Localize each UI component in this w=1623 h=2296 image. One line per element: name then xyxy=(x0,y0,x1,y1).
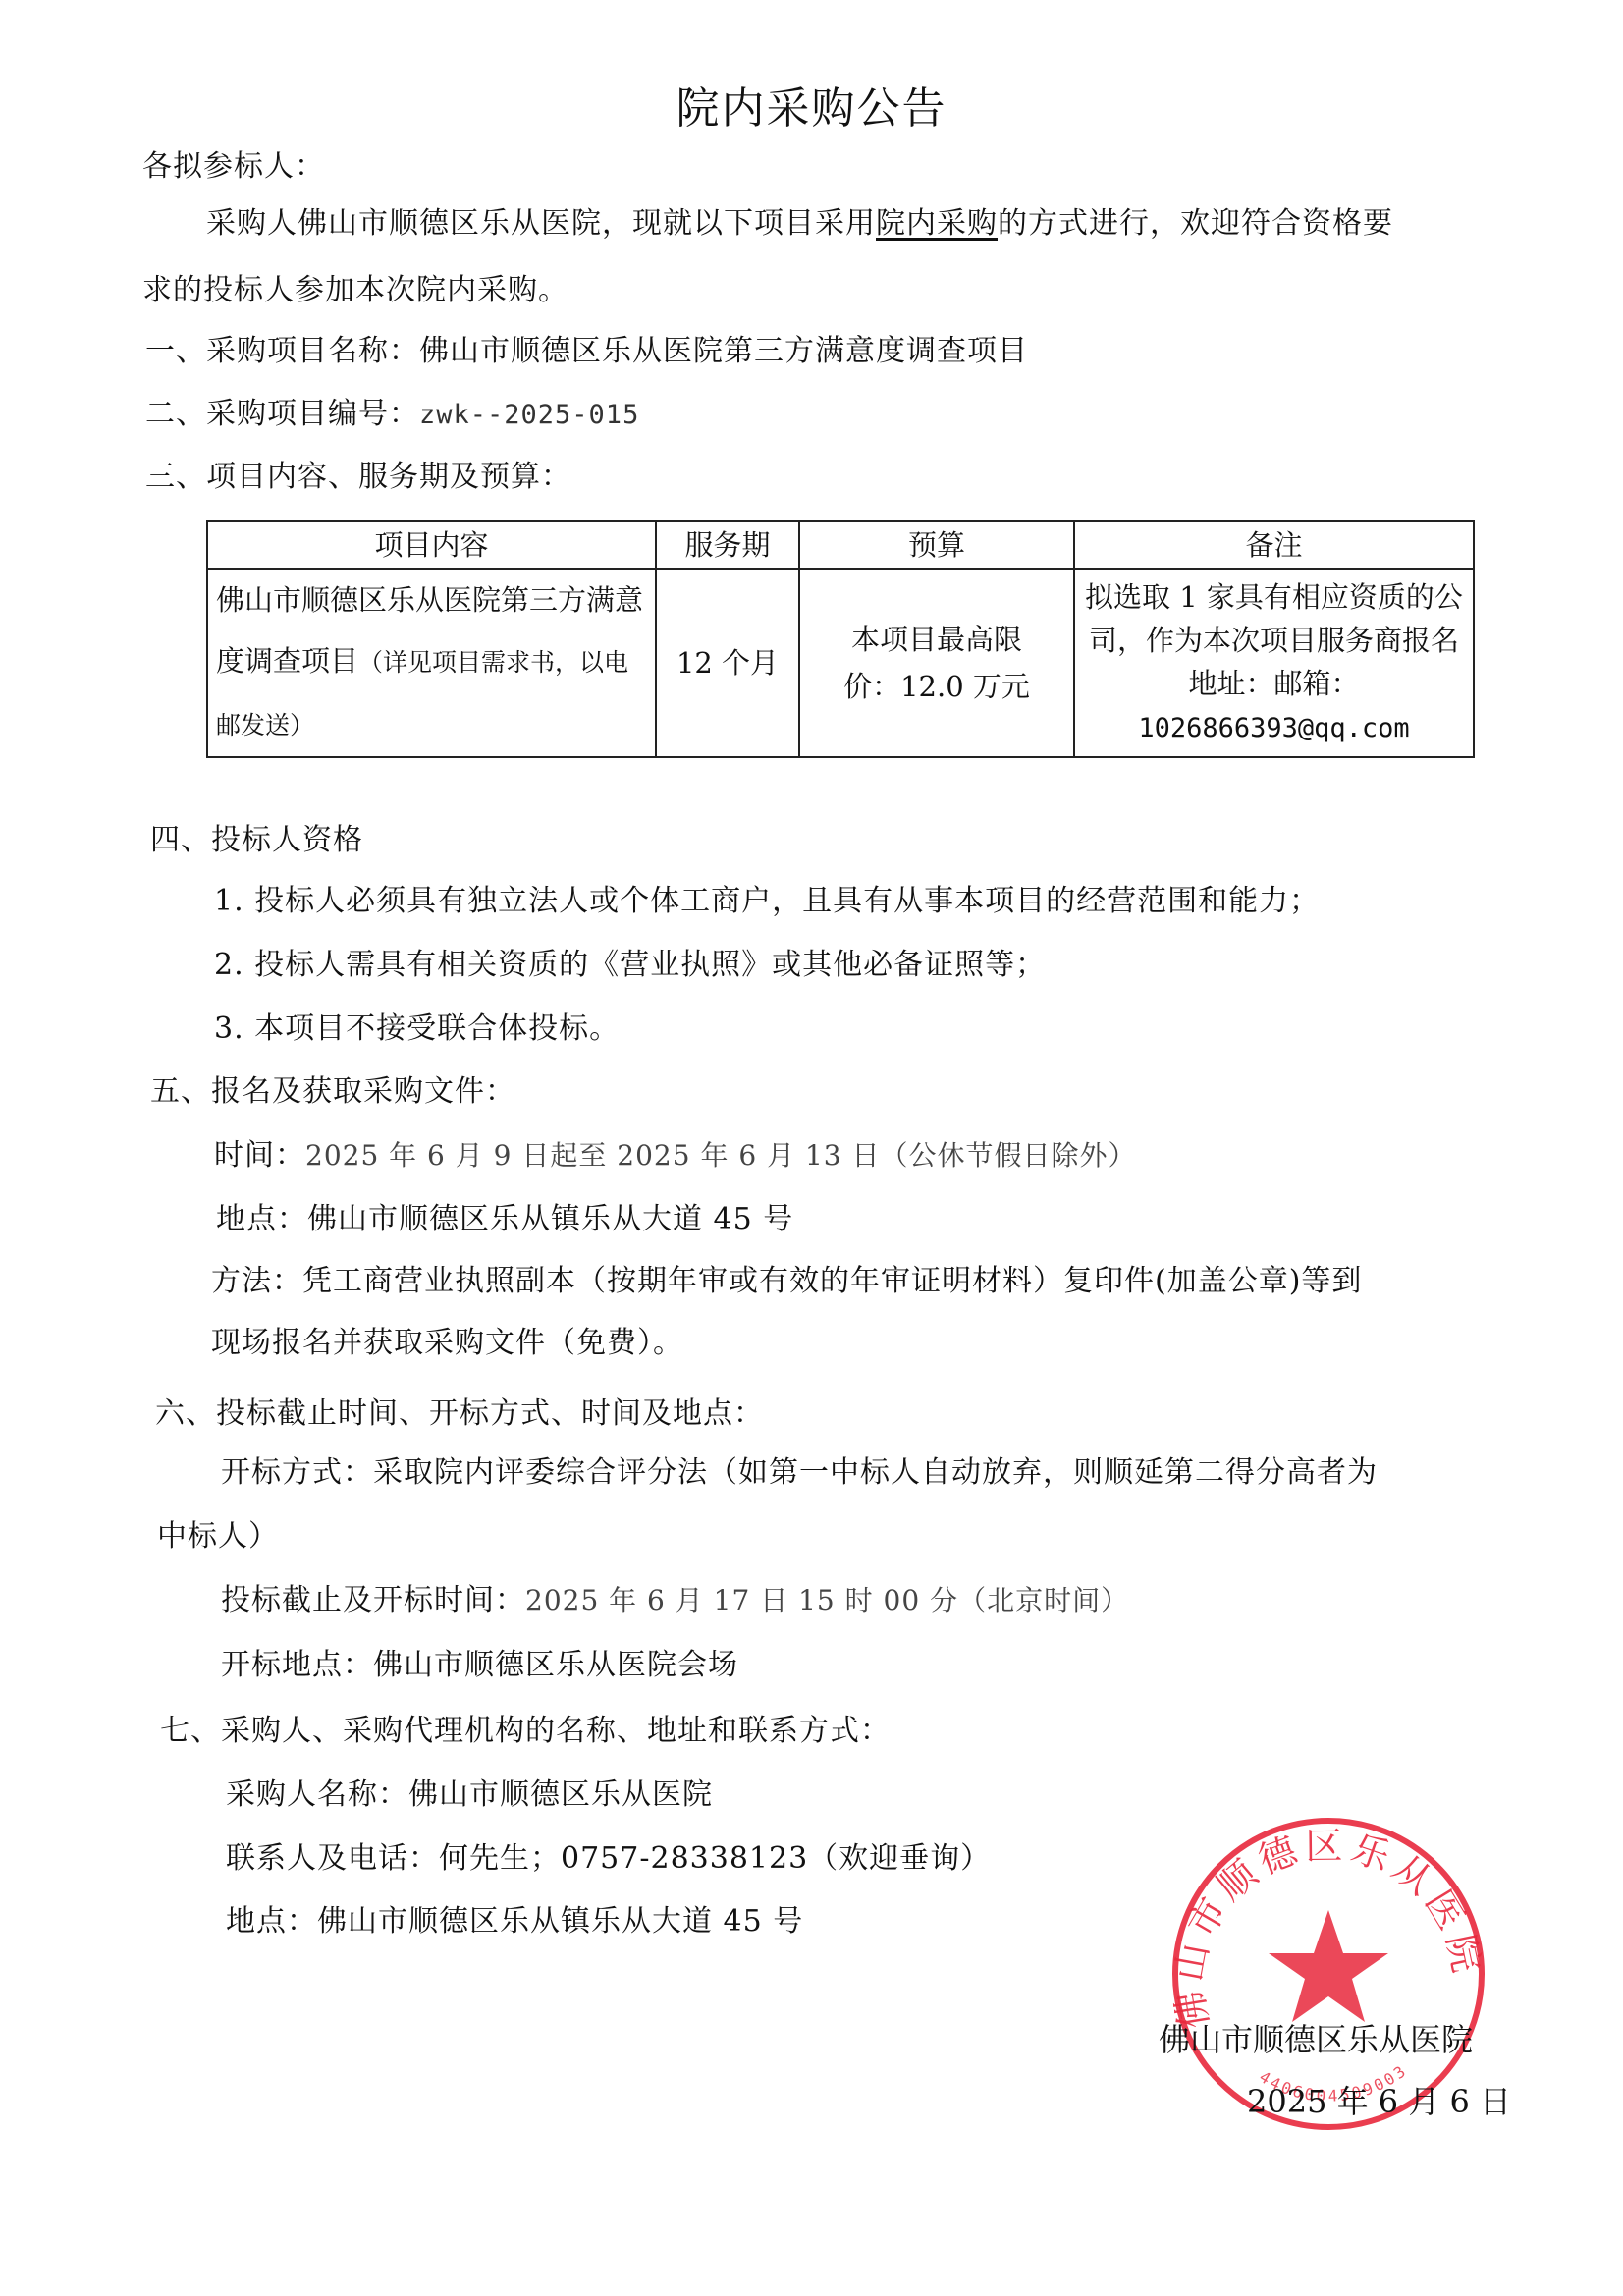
remark-email[interactable]: 1026866393@qq.com xyxy=(1138,713,1409,743)
intro-procurement-method: 院内采购 xyxy=(876,206,998,241)
bid-deadline-value: 2025 年 6 月 17 日 15 时 00 分（北京时间） xyxy=(525,1584,1129,1616)
signature-date: 2025 年 6 月 6 日 xyxy=(1247,2082,1511,2121)
intro-line-1: 采购人佛山市顺德区乐从医院，现就以下项目采用院内采购的方式进行，欢迎符合资格要 xyxy=(206,204,1393,244)
bid-opening-method-2: 中标人） xyxy=(157,1517,279,1557)
header-content: 项目内容 xyxy=(207,521,656,569)
registration-method-1: 方法：凭工商营业执照副本（按期年审或有效的年审证明材料）复印件(加盖公章)等到 xyxy=(211,1262,1362,1301)
section-1-label: 一、采购项目名称： xyxy=(145,334,419,368)
intro-line-2: 求的投标人参加本次院内采购。 xyxy=(142,271,568,310)
table-header-row: 项目内容 服务期 预算 备注 xyxy=(207,521,1474,569)
registration-method-2: 现场报名并获取采购文件（免费）。 xyxy=(211,1324,683,1363)
section-3-label: 三、项目内容、服务期及预算： xyxy=(145,458,571,497)
registration-time: 时间：2025 年 6 月 9 日起至 2025 年 6 月 13 日（公休节假… xyxy=(214,1136,1137,1175)
intro-suffix: 的方式进行，欢迎符合资格要 xyxy=(998,206,1393,241)
intro-prefix: 采购人佛山市顺德区乐从医院，现就以下项目采用 xyxy=(206,206,876,241)
seal-text: 佛山市顺德区乐从医院 xyxy=(1168,1825,1488,2032)
project-name: 佛山市顺德区乐从医院第三方满意度调查项目 xyxy=(419,334,1028,368)
section-1: 一、采购项目名称：佛山市顺德区乐从医院第三方满意度调查项目 xyxy=(145,332,1028,371)
cell-content: 佛山市顺德区乐从医院第三方满意度调查项目（详见项目需求书，以电邮发送） xyxy=(207,569,656,757)
section-4-label: 四、投标人资格 xyxy=(150,821,363,860)
registration-time-label: 时间： xyxy=(214,1138,305,1173)
qualification-item-1: 1. 投标人必须具有独立法人或个体工商户，且具有从事本项目的经营范围和能力； xyxy=(214,882,1320,921)
purchaser-address: 地点：佛山市顺德区乐从镇乐从大道 45 号 xyxy=(226,1902,803,1941)
table-row: 佛山市顺德区乐从医院第三方满意度调查项目（详见项目需求书，以电邮发送） 12 个… xyxy=(207,569,1474,757)
svg-text:佛山市顺德区乐从医院: 佛山市顺德区乐从医院 xyxy=(1168,1825,1488,2032)
cell-budget: 本项目最高限价：12.0 万元 xyxy=(799,569,1074,757)
registration-place: 地点：佛山市顺德区乐从镇乐从大道 45 号 xyxy=(216,1200,793,1239)
qualification-item-2: 2. 投标人需具有相关资质的《营业执照》或其他必备证照等； xyxy=(214,946,1046,985)
salutation: 各拟参标人： xyxy=(142,147,325,187)
bid-deadline-label: 投标截止及开标时间： xyxy=(221,1583,525,1617)
cell-period: 12 个月 xyxy=(656,569,799,757)
registration-time-value: 2025 年 6 月 9 日起至 2025 年 6 月 13 日（公休节假日除外… xyxy=(305,1139,1137,1172)
section-6-label: 六、投标截止时间、开标方式、时间及地点： xyxy=(155,1394,764,1434)
bid-deadline: 投标截止及开标时间：2025 年 6 月 17 日 15 时 00 分（北京时间… xyxy=(221,1581,1129,1620)
header-period: 服务期 xyxy=(656,521,799,569)
purchaser-name: 采购人名称：佛山市顺德区乐从医院 xyxy=(226,1776,713,1815)
project-table: 项目内容 服务期 预算 备注 佛山市顺德区乐从医院第三方满意度调查项目（详见项目… xyxy=(206,520,1475,758)
section-7-label: 七、采购人、采购代理机构的名称、地址和联系方式： xyxy=(160,1712,891,1751)
svg-text:44060045090031: 44060045090031 xyxy=(1168,1814,1411,2105)
page-title: 院内采购公告 xyxy=(0,84,1623,134)
header-remark: 备注 xyxy=(1074,521,1474,569)
section-5-label: 五、报名及获取采购文件： xyxy=(150,1072,515,1112)
bid-opening-method-1: 开标方式：采取院内评委综合评分法（如第一中标人自动放弃，则顺延第二得分高者为 xyxy=(221,1453,1378,1493)
project-number: zwk--2025-015 xyxy=(419,400,639,430)
section-2: 二、采购项目编号：zwk--2025-015 xyxy=(145,395,639,434)
bid-opening-place: 开标地点：佛山市顺德区乐从医院会场 xyxy=(221,1646,738,1685)
header-budget: 预算 xyxy=(799,521,1074,569)
remark-text: 拟选取 1 家具有相应资质的公司，作为本次项目服务商报名地址：邮箱： xyxy=(1085,580,1463,700)
cell-remark: 拟选取 1 家具有相应资质的公司，作为本次项目服务商报名地址：邮箱：102686… xyxy=(1074,569,1474,757)
seal-code: 44060045090031 xyxy=(1168,1814,1411,2105)
section-2-label: 二、采购项目编号： xyxy=(145,397,419,431)
signature-org: 佛山市顺德区乐从医院 xyxy=(1159,2020,1473,2059)
qualification-item-3: 3. 本项目不接受联合体投标。 xyxy=(214,1010,620,1049)
contact-phone: 联系人及电话：何先生；0757-28338123（欢迎垂询） xyxy=(226,1839,991,1879)
